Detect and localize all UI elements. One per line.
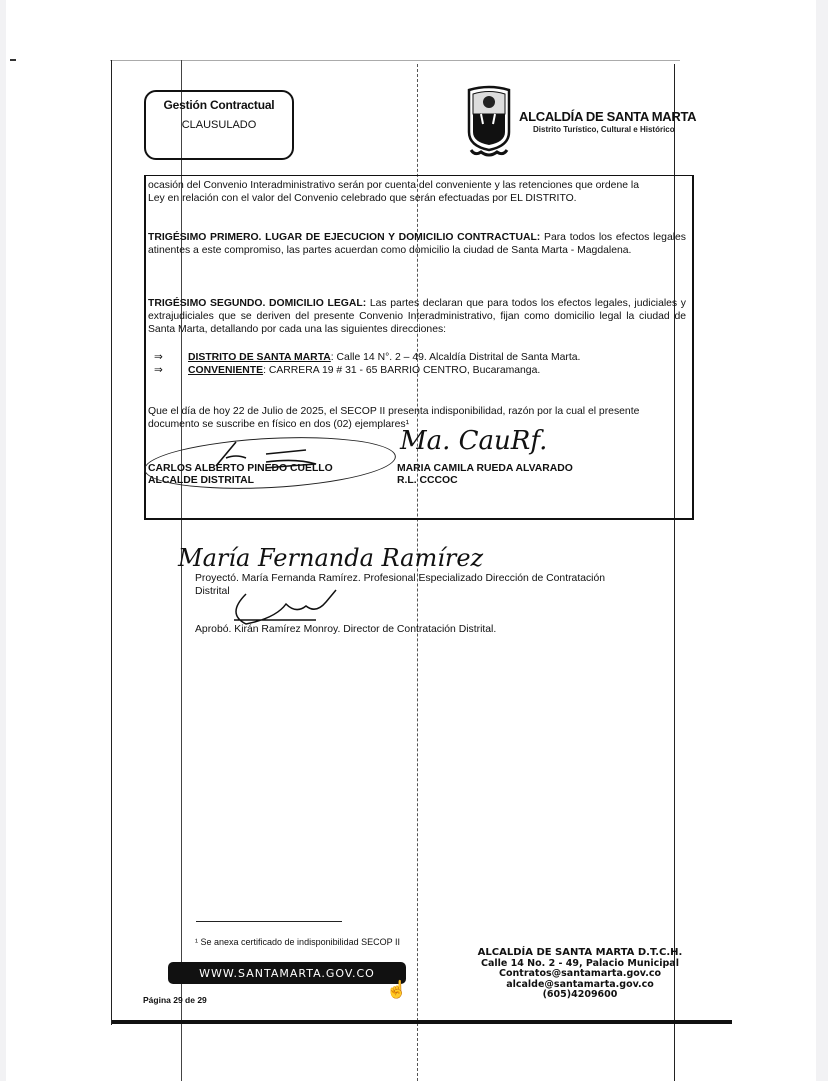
- signatory-role: ALCALDE DISTRITAL: [148, 474, 254, 487]
- brand-block: ALCALDÍA DE SANTA MARTA Distrito Turísti…: [519, 109, 696, 134]
- contact-block: ALCALDÍA DE SANTA MARTA D.T.C.H. Calle 1…: [472, 948, 688, 1001]
- section-label-box: Gestión Contractual CLAUSULADO: [144, 90, 294, 160]
- continuation-line-1: ocasión del Convenio Interadministrativo…: [148, 180, 639, 191]
- address-text: : Calle 14 N°. 2 – 49. Alcaldía Distrita…: [331, 352, 581, 363]
- signatory-role: R.L. CCCOC: [397, 474, 458, 487]
- contact-org: ALCALDÍA DE SANTA MARTA D.T.C.H.: [472, 948, 688, 959]
- brand-subtitle: Distrito Turístico, Cultural e Histórico: [533, 125, 696, 134]
- signature-rueda: Ma. CauRf.: [400, 426, 547, 456]
- clause-32: TRIGÉSIMO SEGUNDO. DOMICILIO LEGAL: Las …: [148, 297, 686, 336]
- page-bottom-rule: [112, 1020, 732, 1024]
- address-text: : CARRERA 19 # 31 - 65 BARRIO CENTRO, Bu…: [263, 365, 540, 376]
- scan-artifact-line: [110, 60, 680, 63]
- approved-by: Aprobó. Kirán Ramírez Monroy. Director d…: [195, 623, 496, 636]
- coat-of-arms-icon: [465, 84, 513, 158]
- section-title: Gestión Contractual: [146, 98, 292, 112]
- projected-line-1: Proyectó. María Fernanda Ramírez. Profes…: [195, 573, 605, 584]
- address-party: DISTRITO DE SANTA MARTA: [188, 352, 331, 363]
- footnote-divider: [196, 921, 342, 922]
- footnote: ¹ Se anexa certificado de indisponibilid…: [195, 937, 400, 947]
- arrow-right-icon: ⇒: [154, 364, 188, 376]
- closing-line-2: documento se suscribe en físico en dos (…: [148, 419, 409, 430]
- contact-phone: (605)4209600: [472, 990, 688, 1001]
- clause-31: TRIGÉSIMO PRIMERO. LUGAR DE EJECUCION Y …: [148, 231, 686, 257]
- address-item: ⇒DISTRITO DE SANTA MARTA: Calle 14 N°. 2…: [154, 351, 580, 363]
- clause-31-heading: TRIGÉSIMO PRIMERO. LUGAR DE EJECUCION Y …: [148, 232, 540, 243]
- continuation-line-2: Ley en relación con el valor del Conveni…: [148, 193, 577, 204]
- pointer-hand-icon: ☝: [386, 980, 407, 1000]
- website-link[interactable]: WWW.SANTAMARTA.GOV.CO: [168, 962, 406, 984]
- scan-mark: [10, 59, 16, 61]
- contact-email-contracts[interactable]: Contratos@santamarta.gov.co: [472, 969, 688, 980]
- page-border-left: [111, 60, 112, 1025]
- address-item: ⇒CONVENIENTE: CARRERA 19 # 31 - 65 BARRI…: [154, 364, 540, 376]
- clause-32-heading: TRIGÉSIMO SEGUNDO. DOMICILIO LEGAL:: [148, 298, 366, 309]
- arrow-right-icon: ⇒: [154, 351, 188, 363]
- address-party: CONVENIENTE: [188, 365, 263, 376]
- section-subtitle: CLAUSULADO: [146, 119, 292, 131]
- signature-projected: María Fernanda Ramírez: [178, 544, 483, 572]
- closing-line-1: Que el día de hoy 22 de Julio de 2025, e…: [148, 406, 639, 417]
- page-number: Página 29 de 29: [143, 995, 207, 1005]
- brand-title: ALCALDÍA DE SANTA MARTA: [519, 109, 696, 124]
- document-page: Gestión Contractual CLAUSULADO ALCALDÍA …: [6, 0, 816, 1081]
- continuation-paragraph: ocasión del Convenio Interadministrativo…: [148, 179, 686, 205]
